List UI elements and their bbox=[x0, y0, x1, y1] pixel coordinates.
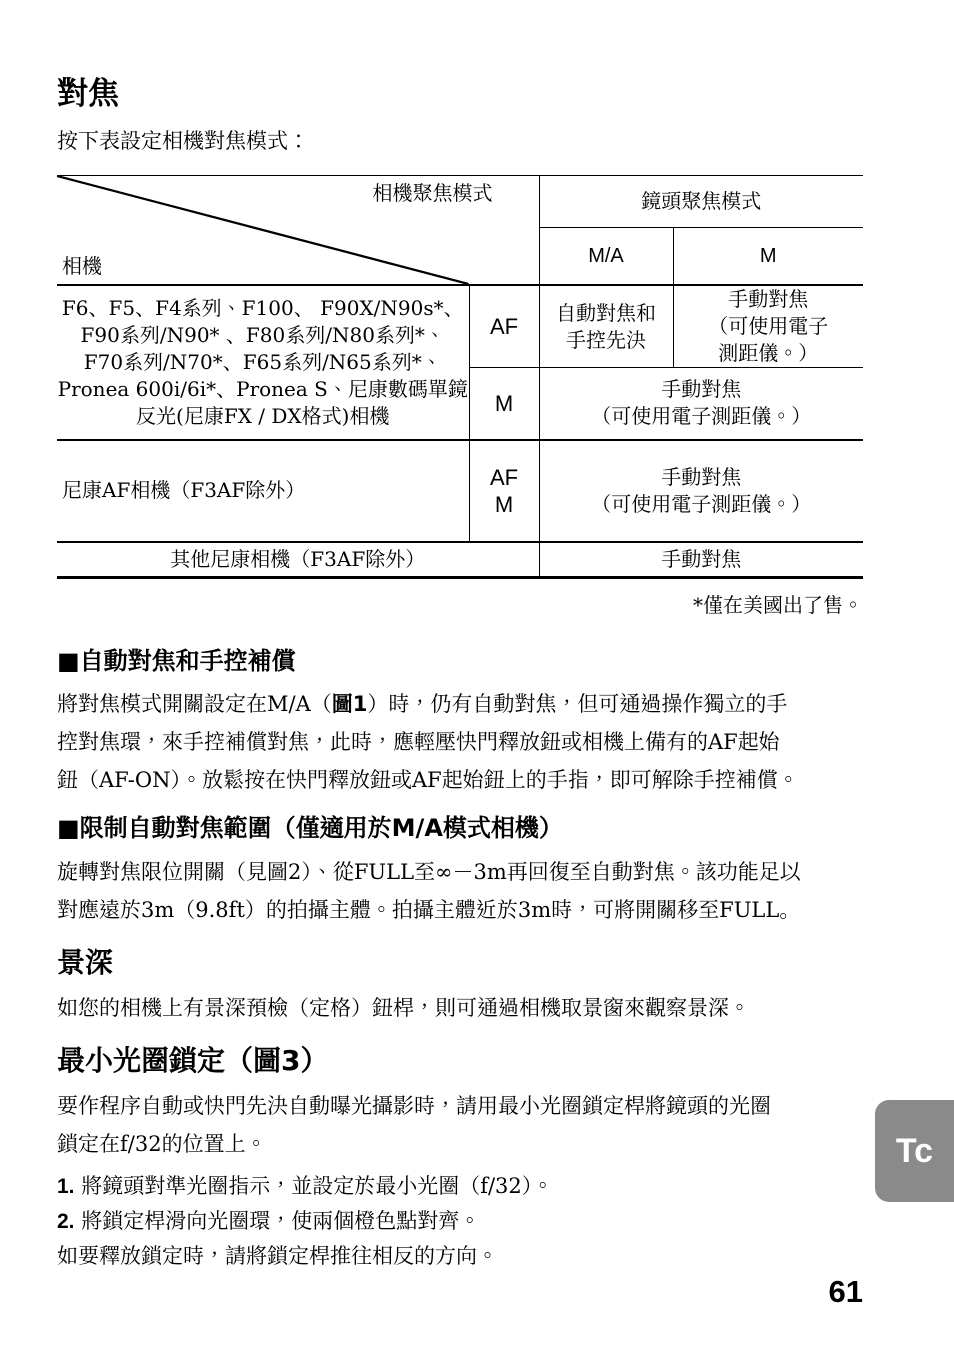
cell-camera-list-1: F6、F5、F4系列、F100、 F90X/N90s*、 F90系列/N90* … bbox=[57, 285, 469, 440]
paragraph-dof: 如您的相機上有景深預檢（定格）鈕桿，則可通過相機取景窗來觀察景深。 bbox=[57, 989, 897, 1027]
section-heading-af-override: ■自動對焦和手控補償 bbox=[57, 646, 897, 677]
language-tab-tc: Tc bbox=[875, 1100, 954, 1202]
list-item-2: 2. 將鎖定桿滑向光圈環，使兩個橙色點對齊。 bbox=[57, 1204, 897, 1239]
af-override-text-before: 將對焦模式開關設定在M/A（ bbox=[57, 692, 332, 716]
page-content: 對焦 按下表設定相機對焦模式： 相機聚焦模式 相機 鏡頭聚焦模式 M/A M bbox=[0, 0, 954, 1274]
table-row-group1-af: F6、F5、F4系列、F100、 F90X/N90s*、 F90系列/N90* … bbox=[57, 285, 863, 368]
page-number: 61 bbox=[829, 1274, 863, 1310]
cell-mode-af: AF bbox=[469, 285, 539, 368]
section-heading-af-limit: ■限制自動對焦範圍（僅適用於M/A模式相機） bbox=[57, 813, 897, 844]
paragraph-af-override: 將對焦模式開關設定在M/A（圖1）時，仍有自動對焦，但可通過操作獨立的手 控對焦… bbox=[57, 685, 897, 799]
header-lens-focus-mode: 鏡頭聚焦模式 bbox=[539, 176, 863, 228]
figure1-reference: 圖1 bbox=[332, 692, 368, 716]
list-item-2-number: 2. bbox=[57, 1210, 75, 1233]
table-row-nikon-af: 尼康AF相機（F3AF除外） AF M 手動對焦 （可使用電子測距儀。） bbox=[57, 440, 863, 542]
cell-camera-nikon-af: 尼康AF相機（F3AF除外） bbox=[57, 440, 469, 542]
focus-mode-table: 相機聚焦模式 相機 鏡頭聚焦模式 M/A M F6、F5、F4系列、F100、 … bbox=[57, 175, 863, 579]
intro-text: 按下表設定相機對焦模式： bbox=[57, 125, 897, 155]
table-header-row-1: 相機聚焦模式 相機 鏡頭聚焦模式 bbox=[57, 176, 863, 228]
paragraph-aperture-lock: 要作程序自動或快門先決自動曝光攝影時，請用最小光圈鎖定桿將鏡頭的光圈 鎖定在f/… bbox=[57, 1087, 897, 1163]
list-item-1-number: 1. bbox=[57, 1175, 75, 1198]
diagonal-header-cell: 相機聚焦模式 相機 bbox=[57, 176, 539, 286]
table-footnote: *僅在美國出了售。 bbox=[57, 589, 863, 618]
cell-af-ma-content: 自動對焦和 手控先決 bbox=[539, 285, 673, 368]
list-item-1-text: 將鏡頭對準光圈指示，並設定於最小光圈（f/32）。 bbox=[75, 1174, 554, 1198]
section-heading-dof: 景深 bbox=[57, 945, 897, 981]
cell-camera-other: 其他尼康相機（F3AF除外） bbox=[57, 542, 539, 578]
cell-m-content: 手動對焦 （可使用電子測距儀。） bbox=[539, 368, 863, 440]
cell-mode-m: M bbox=[469, 368, 539, 440]
header-camera: 相機 bbox=[62, 253, 102, 280]
header-m-column: M bbox=[673, 228, 863, 286]
list-item-2-text: 將鎖定桿滑向光圈環，使兩個橙色點對齊。 bbox=[75, 1209, 481, 1233]
cell-mode-af-m: AF M bbox=[469, 440, 539, 542]
header-camera-focus-mode: 相機聚焦模式 bbox=[373, 180, 493, 207]
paragraph-af-limit: 旋轉對焦限位開關（見圖2）、從FULL至∞－3m再回復至自動對焦。該功能足以 對… bbox=[57, 853, 897, 929]
tab-label: Tc bbox=[896, 1132, 933, 1171]
cell-af-m-content: 手動對焦 （可使用電子 測距儀。） bbox=[673, 285, 863, 368]
cell-nikon-af-content: 手動對焦 （可使用電子測距儀。） bbox=[539, 440, 863, 542]
cell-other-content: 手動對焦 bbox=[539, 542, 863, 578]
release-note: 如要釋放鎖定時，請將鎖定桿推往相反的方向。 bbox=[57, 1239, 897, 1274]
section-heading-aperture-lock: 最小光圈鎖定（圖3） bbox=[57, 1043, 897, 1079]
page-title: 對焦 bbox=[57, 76, 897, 113]
list-item-1: 1. 將鏡頭對準光圈指示，並設定於最小光圈（f/32）。 bbox=[57, 1169, 897, 1204]
table-row-other-cameras: 其他尼康相機（F3AF除外） 手動對焦 bbox=[57, 542, 863, 578]
header-ma-column: M/A bbox=[539, 228, 673, 286]
